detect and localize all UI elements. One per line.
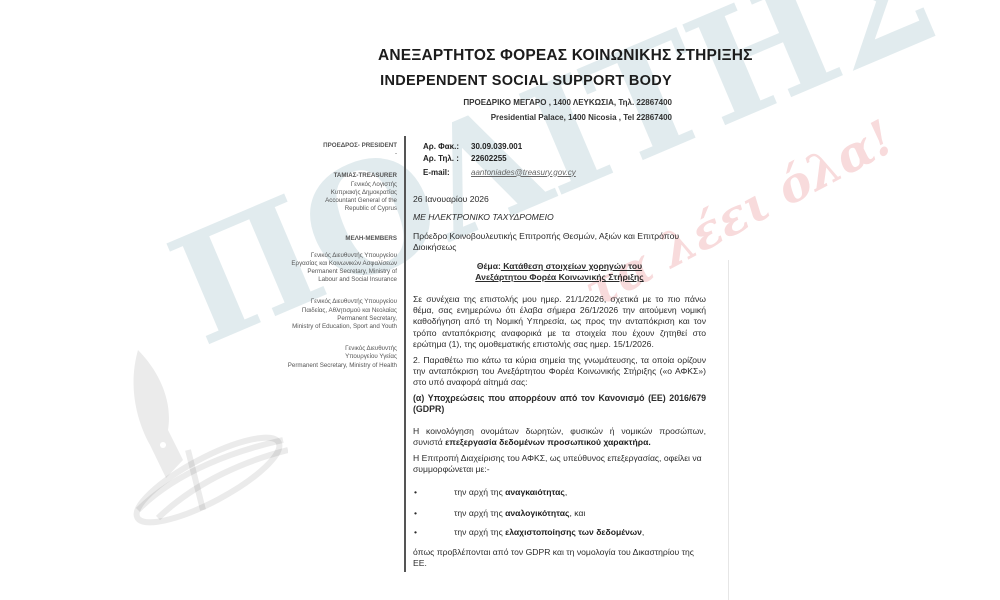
address-english: Presidential Palace, 1400 Nicosia , Tel … — [420, 113, 672, 122]
bullet-prefix: την αρχή της — [454, 487, 505, 497]
member-line: Γενικός Διευθυντής — [240, 345, 397, 353]
bullet-suffix: , — [565, 487, 567, 497]
email-row: E-mail: aantoniades@treasury.gov.cy — [423, 164, 576, 180]
president-name: - — [240, 150, 397, 158]
bullet-marker: • — [413, 487, 454, 498]
paragraph-3: Η κοινολόγηση ονομάτων δωρητών, φυσικών … — [413, 426, 706, 448]
member-line: Permanent Secretary, Ministry of — [240, 268, 397, 276]
treasurer-line: Republic of Cyprus — [240, 205, 397, 213]
paragraph-4: Η Επιτροπή Διαχείρισης του ΑΦΚΣ, ως υπεύ… — [413, 453, 706, 475]
bullet-item: • την αρχή της αναλογικότητας, και — [413, 508, 706, 519]
member-line: Παιδείας, Αθλητισμού και Νεολαίας — [240, 307, 397, 315]
member-line: Ministry of Education, Sport and Youth — [240, 323, 397, 331]
org-name-english: INDEPENDENT SOCIAL SUPPORT BODY — [378, 73, 672, 89]
bullet-marker: • — [413, 508, 454, 519]
paragraph-5: όπως προβλέπονται από τον GDPR και τη νο… — [413, 547, 706, 569]
subject-line-1: Κατάθεση στοιχείων χορηγών του — [501, 261, 642, 271]
address-greek: ΠΡΟΕΔΡΙΚΟ ΜΕΓΑΡΟ , 1400 ΛΕΥΚΩΣΙΑ, Τηλ. 2… — [420, 98, 672, 107]
paragraph-3-bold: επεξεργασία δεδομένων προσωπικού χαρακτή… — [445, 437, 651, 447]
phone-label: Αρ. Τηλ. : — [423, 154, 471, 163]
subject-label: Θέμα: — [477, 261, 501, 271]
member-labour: Γενικός Διευθυντής Υπουργείου Εργασίας κ… — [240, 252, 397, 285]
member-line: Εργασίας και Κοινωνικών Ασφαλίσεων — [240, 260, 397, 268]
member-line: Γενικός Διευθυντής Υπουργείου — [240, 298, 397, 306]
bullet-prefix: την αρχή της — [454, 508, 505, 518]
treasurer-line: Accountant General of the — [240, 197, 397, 205]
board-column: ΠΡΟΕΔΡΟΣ- PRESIDENT - ΤΑΜΙΑΣ-TREASURER Γ… — [240, 142, 397, 370]
treasurer-line: Γενικός Λογιστής — [240, 181, 397, 189]
section-heading-a: (α) Υποχρεώσεις που απορρέουν από τον Κα… — [413, 393, 706, 415]
president-role: ΠΡΟΕΔΡΟΣ- PRESIDENT — [240, 142, 397, 150]
email-label: E-mail: — [423, 168, 471, 177]
subject-line-2: Ανεξάρτητου Φορέα Κοινωνικής Στήριξης — [475, 272, 643, 282]
member-line: Permanent Secretary, — [240, 315, 397, 323]
page-edge-line — [728, 260, 729, 600]
email-link[interactable]: aantoniades@treasury.gov.cy — [471, 168, 576, 177]
column-divider — [404, 136, 406, 572]
paragraph-1: Σε συνέχεια της επιστολής μου ημερ. 21/1… — [413, 294, 706, 350]
document-page: ΠΟΛΙΤΗΣ τα λέει όλα! ΑΝΕΞΑΡΤΗΤΟΣ ΦΟΡΕΑΣ … — [0, 0, 1000, 600]
recipient: Πρόεδρο Κοινοβουλευτικής Επιτροπής Θεσμώ… — [413, 231, 706, 253]
paragraph-2: 2. Παραθέτω πιο κάτω τα κύρια σημεία της… — [413, 355, 706, 389]
file-number-row: Αρ. Φακ.: 30.09.039.001 — [423, 141, 576, 153]
file-number-label: Αρ. Φακ.: — [423, 142, 471, 151]
bullet-suffix: , και — [570, 508, 586, 518]
bullet-marker: • — [413, 527, 454, 538]
phone-row: Αρ. Τηλ. : 22602255 — [423, 153, 576, 165]
pen-globe-logo-icon — [118, 350, 288, 530]
letter-date: 26 Ιανουαρίου 2026 — [413, 194, 706, 205]
members-role: ΜΕΛΗ-MEMBERS — [240, 235, 397, 243]
bullet-bold: αναγκαιότητας — [505, 487, 565, 497]
bullet-prefix: την αρχή της — [454, 527, 505, 537]
bullet-item: • την αρχή της ελαχιστοποίησης των δεδομ… — [413, 527, 706, 538]
subject: Θέμα: Κατάθεση στοιχείων χορηγών του Ανε… — [413, 261, 706, 283]
treasurer-role: ΤΑΜΙΑΣ-TREASURER — [240, 172, 397, 180]
file-number-value: 30.09.039.001 — [471, 142, 522, 151]
member-line: Permanent Secretary, Ministry of Health — [240, 362, 397, 370]
member-health: Γενικός Διευθυντής Υπουργείου Υγείας Per… — [240, 345, 397, 370]
member-education: Γενικός Διευθυντής Υπουργείου Παιδείας, … — [240, 298, 397, 331]
bullet-suffix: , — [642, 527, 644, 537]
delivery-method: ΜΕ ΗΛΕΚΤΡΟΝΙΚΟ ΤΑΧΥΔΡΟΜΕΙΟ — [413, 212, 706, 223]
reference-block: Αρ. Φακ.: 30.09.039.001 Αρ. Τηλ. : 22602… — [423, 141, 576, 180]
bullet-bold: ελαχιστοποίησης των δεδομένων — [505, 527, 642, 537]
treasurer-line: Κυπριακής Δημοκρατίας — [240, 189, 397, 197]
org-name-greek: ΑΝΕΞΑΡΤΗΤΟΣ ΦΟΡΕΑΣ ΚΟΙΝΩΝΙΚΗΣ ΣΤΗΡΙΞΗΣ — [378, 47, 672, 65]
bullet-bold: αναλογικότητας — [505, 508, 569, 518]
member-line: Labour and Social Insurance — [240, 276, 397, 284]
phone-value: 22602255 — [471, 154, 507, 163]
member-line: Γενικός Διευθυντής Υπουργείου — [240, 252, 397, 260]
member-line: Υπουργείου Υγείας — [240, 353, 397, 361]
bullet-item: • την αρχή της αναγκαιότητας, — [413, 487, 706, 498]
